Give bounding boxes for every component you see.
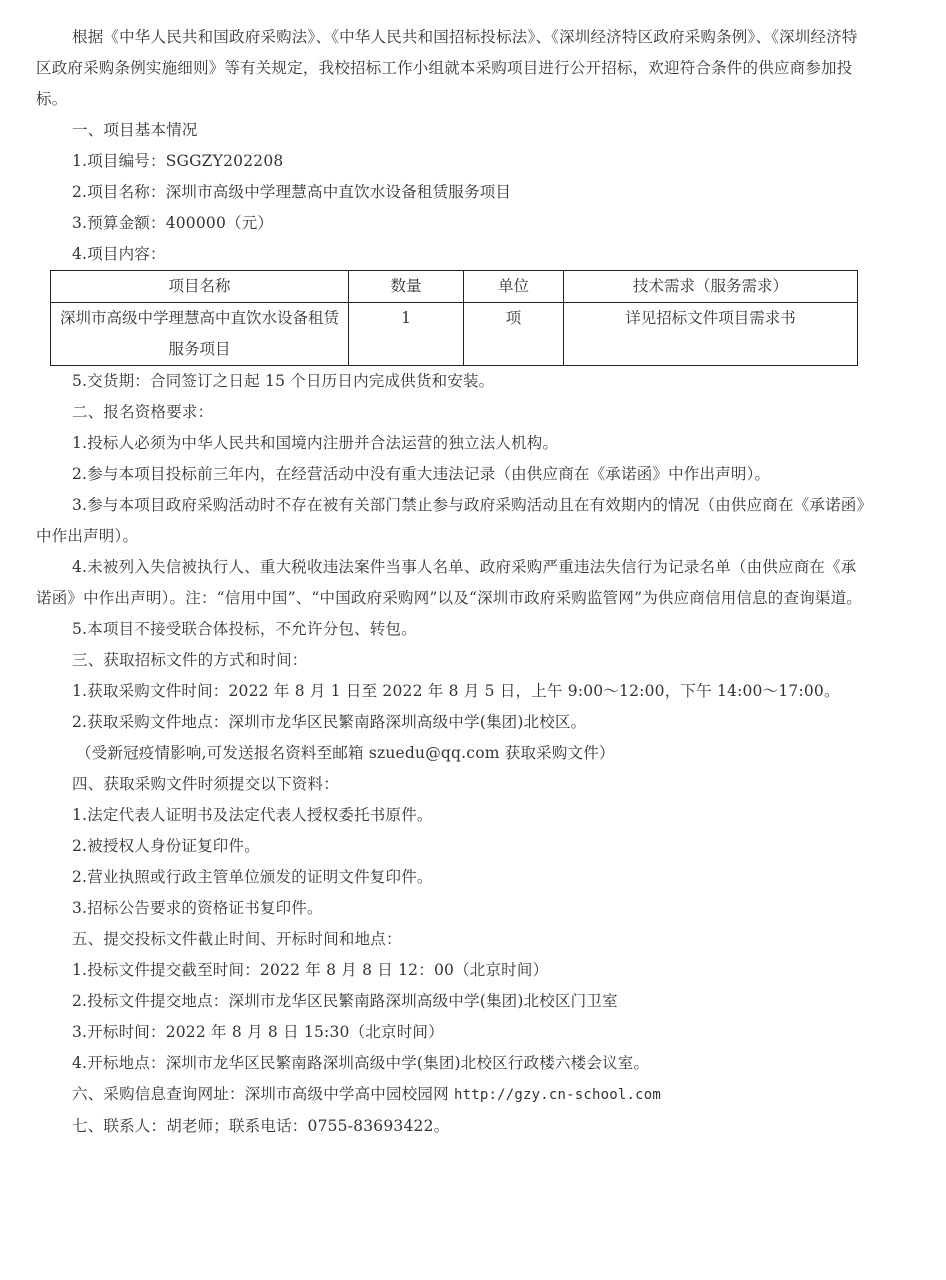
website-link[interactable]: http://gzy.cn-school.com [454,1087,661,1103]
table-header-row: 项目名称 数量 单位 技术需求（服务需求） [51,271,858,303]
cell-project-name: 深圳市高级中学理慧高中直饮水设备租赁服务项目 [51,303,349,366]
qualification-item: 2.参与本项目投标前三年内，在经营活动中没有重大违法记录（由供应商在《承诺函》中… [36,459,866,490]
required-document: 1.法定代表人证明书及法定代表人授权委托书原件。 [36,800,866,831]
required-document: 2.营业执照或行政主管单位颁发的证明文件复印件。 [36,862,866,893]
acquisition-location: 2.获取采购文件地点：深圳市龙华区民繁南路深圳高级中学(集团)北校区。 [36,707,866,738]
table-row: 深圳市高级中学理慧高中直饮水设备租赁服务项目 1 项 详见招标文件项目需求书 [51,303,858,366]
header-requirements: 技术需求（服务需求） [564,271,858,303]
header-project-name: 项目名称 [51,271,349,303]
qualification-item: 5.本项目不接受联合体投标，不允许分包、转包。 [36,614,866,645]
opening-location: 4.开标地点：深圳市龙华区民繁南路深圳高级中学(集团)北校区行政楼六楼会议室。 [36,1048,866,1079]
submission-deadline: 1.投标文件提交截至时间：2022 年 8 月 8 日 12：00（北京时间） [36,955,866,986]
project-content-table: 项目名称 数量 单位 技术需求（服务需求） 深圳市高级中学理慧高中直饮水设备租赁… [50,270,858,366]
section-6-info-website: 六、采购信息查询网址：深圳市高级中学高中园校园网 http://gzy.cn-s… [36,1079,866,1111]
section-4-heading: 四、获取采购文件时须提交以下资料： [36,769,866,800]
project-name: 2.项目名称：深圳市高级中学理慧高中直饮水设备租赁服务项目 [36,177,866,208]
submission-location: 2.投标文件提交地点：深圳市龙华区民繁南路深圳高级中学(集团)北校区门卫室 [36,986,866,1017]
header-unit: 单位 [464,271,564,303]
cell-unit: 项 [464,303,564,366]
qualification-item: 1.投标人必须为中华人民共和国境内注册并合法运营的独立法人机构。 [36,428,866,459]
required-document: 3.招标公告要求的资格证书复印件。 [36,893,866,924]
delivery-period: 5.交货期：合同签订之日起 15 个日历日内完成供货和安装。 [36,366,866,397]
email-note: （受新冠疫情影响,可发送报名资料至邮箱 szuedu@qq.com 获取采购文件… [36,738,866,769]
section-7-contact: 七、联系人：胡老师；联系电话：0755-83693422。 [36,1111,866,1142]
acquisition-time: 1.获取采购文件时间：2022 年 8 月 1 日至 2022 年 8 月 5 … [36,676,866,707]
qualification-item: 3.参与本项目政府采购活动时不存在被有关部门禁止参与政府采购活动且在有效期内的情… [36,490,866,552]
opening-time: 3.开标时间：2022 年 8 月 8 日 15:30（北京时间） [36,1017,866,1048]
intro-paragraph: 根据《中华人民共和国政府采购法》、《中华人民共和国招标投标法》、《深圳经济特区政… [36,22,866,115]
section-5-heading: 五、提交投标文件截止时间、开标时间和地点： [36,924,866,955]
project-number: 1.项目编号：SGGZY202208 [36,146,866,177]
section-1-heading: 一、项目基本情况 [36,115,866,146]
header-quantity: 数量 [349,271,464,303]
cell-requirements: 详见招标文件项目需求书 [564,303,858,366]
required-document: 2.被授权人身份证复印件。 [36,831,866,862]
website-label: 六、采购信息查询网址：深圳市高级中学高中园校园网 [72,1085,454,1103]
budget-amount: 3.预算金额：400000（元） [36,208,866,239]
section-3-heading: 三、获取招标文件的方式和时间： [36,645,866,676]
tender-announcement: 根据《中华人民共和国政府采购法》、《中华人民共和国招标投标法》、《深圳经济特区政… [36,22,866,1142]
cell-quantity: 1 [349,303,464,366]
qualification-item: 4.未被列入失信被执行人、重大税收违法案件当事人名单、政府采购严重违法失信行为记… [36,552,866,614]
project-content-label: 4.项目内容： [36,239,866,270]
section-2-heading: 二、报名资格要求： [36,397,866,428]
